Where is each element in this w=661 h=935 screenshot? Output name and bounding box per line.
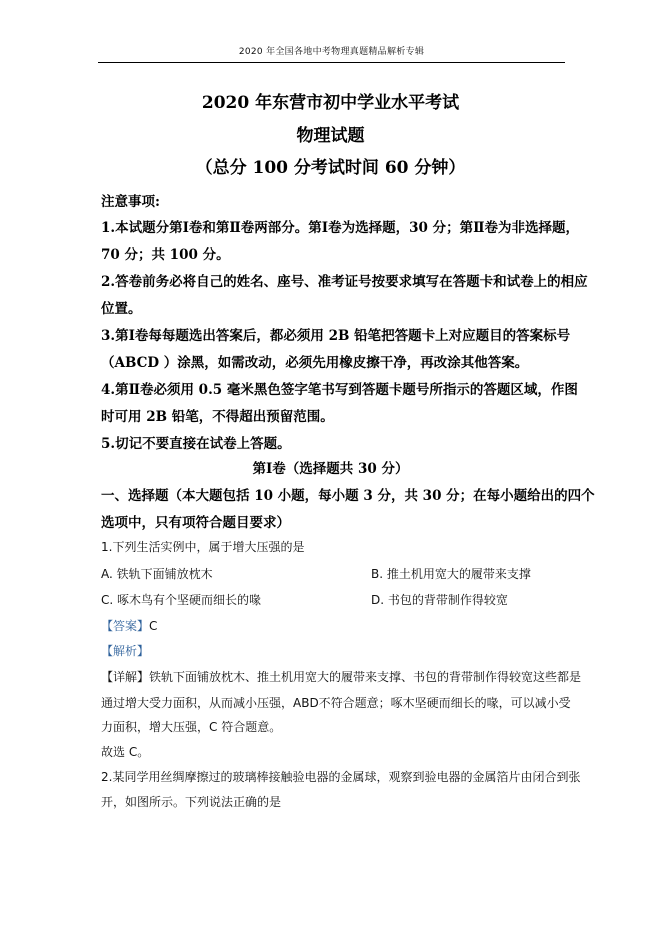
detail-text: 铁轨下面铺放枕木、推土机用宽大的履带来支撑、书包的背带制作得较宽这些都是 — [149, 670, 581, 684]
section-title: 第Ⅰ卷（选择题共 30 分） — [0, 457, 661, 477]
notice-line: 3.第Ⅰ卷每每题选出答案后，都必须用 2B 铅笔把答题卡上对应题目的答案标号 — [101, 324, 570, 344]
section-instruction: 选项中，只有项符合题目要求） — [101, 511, 290, 531]
notice-line: 4.第Ⅱ卷必须用 0.5 毫米黑色签字笔书写到答题卡题号所指示的答题区域，作图 — [101, 378, 578, 398]
answer-line: 【答案】C — [101, 617, 157, 634]
notice-line: 时可用 2B 铅笔，不得超出预留范围。 — [101, 405, 334, 425]
detail-tag: 【详解】 — [101, 670, 149, 684]
running-header: 2020 年全国各地中考物理真题精品解析专辑 — [98, 44, 565, 57]
option-b: B. 推土机用宽大的履带来支撑 — [371, 565, 531, 582]
option-c: C. 啄木鸟有个坚硬而细长的喙 — [101, 591, 261, 608]
exam-info: （总分 100 分考试时间 60 分钟） — [0, 153, 661, 178]
subject-title: 物理试题 — [0, 121, 661, 146]
notice-line: （ABCD ）涂黑，如需改动，必须先用橡皮擦干净，再改涂其他答案。 — [101, 351, 528, 371]
notice-heading: 注意事项: — [101, 190, 160, 210]
question-2-stem: 开，如图所示。下列说法正确的是 — [101, 793, 281, 810]
question-1-stem: 1.下列生活实例中，属于增大压强的是 — [101, 538, 304, 555]
notice-line: 70 分；共 100 分。 — [101, 243, 230, 263]
option-a: A. 铁轨下面铺放枕木 — [101, 565, 213, 582]
notice-line: 2.答卷前务必将自己的姓名、座号、准考证号按要求填写在答题卡和试卷上的相应 — [101, 270, 588, 290]
conclusion-line: 故选 C。 — [101, 743, 149, 760]
analysis-tag: 【解析】 — [101, 642, 149, 659]
answer-tag: 【答案】 — [101, 619, 149, 633]
notice-line: 1.本试题分第Ⅰ卷和第Ⅱ卷两部分。第Ⅰ卷为选择题，30 分；第Ⅱ卷为非选择题， — [101, 216, 579, 236]
header-rule — [98, 62, 565, 63]
detail-line: 力面积，增大压强，C 符合题意。 — [101, 718, 281, 735]
question-2-stem: 2.某同学用丝绸摩擦过的玻璃棒接触验电器的金属球，观察到验电器的金属箔片由闭合到… — [101, 768, 580, 785]
notice-line: 5.切记不要直接在试卷上答题。 — [101, 432, 291, 452]
exam-title: 2020 年东营市初中学业水平考试 — [0, 88, 661, 113]
answer-value: C — [149, 619, 157, 633]
detail-line: 【详解】铁轨下面铺放枕木、推土机用宽大的履带来支撑、书包的背带制作得较宽这些都是 — [101, 668, 581, 685]
option-d: D. 书包的背带制作得较宽 — [371, 591, 508, 608]
detail-line: 通过增大受力面积，从而减小压强，ABD不符合题意；啄木坚硬而细长的喙，可以减小受 — [101, 694, 571, 711]
section-instruction: 一、选择题（本大题包括 10 小题，每小题 3 分，共 30 分；在每小题给出的… — [101, 484, 595, 504]
notice-line: 位置。 — [101, 297, 142, 317]
